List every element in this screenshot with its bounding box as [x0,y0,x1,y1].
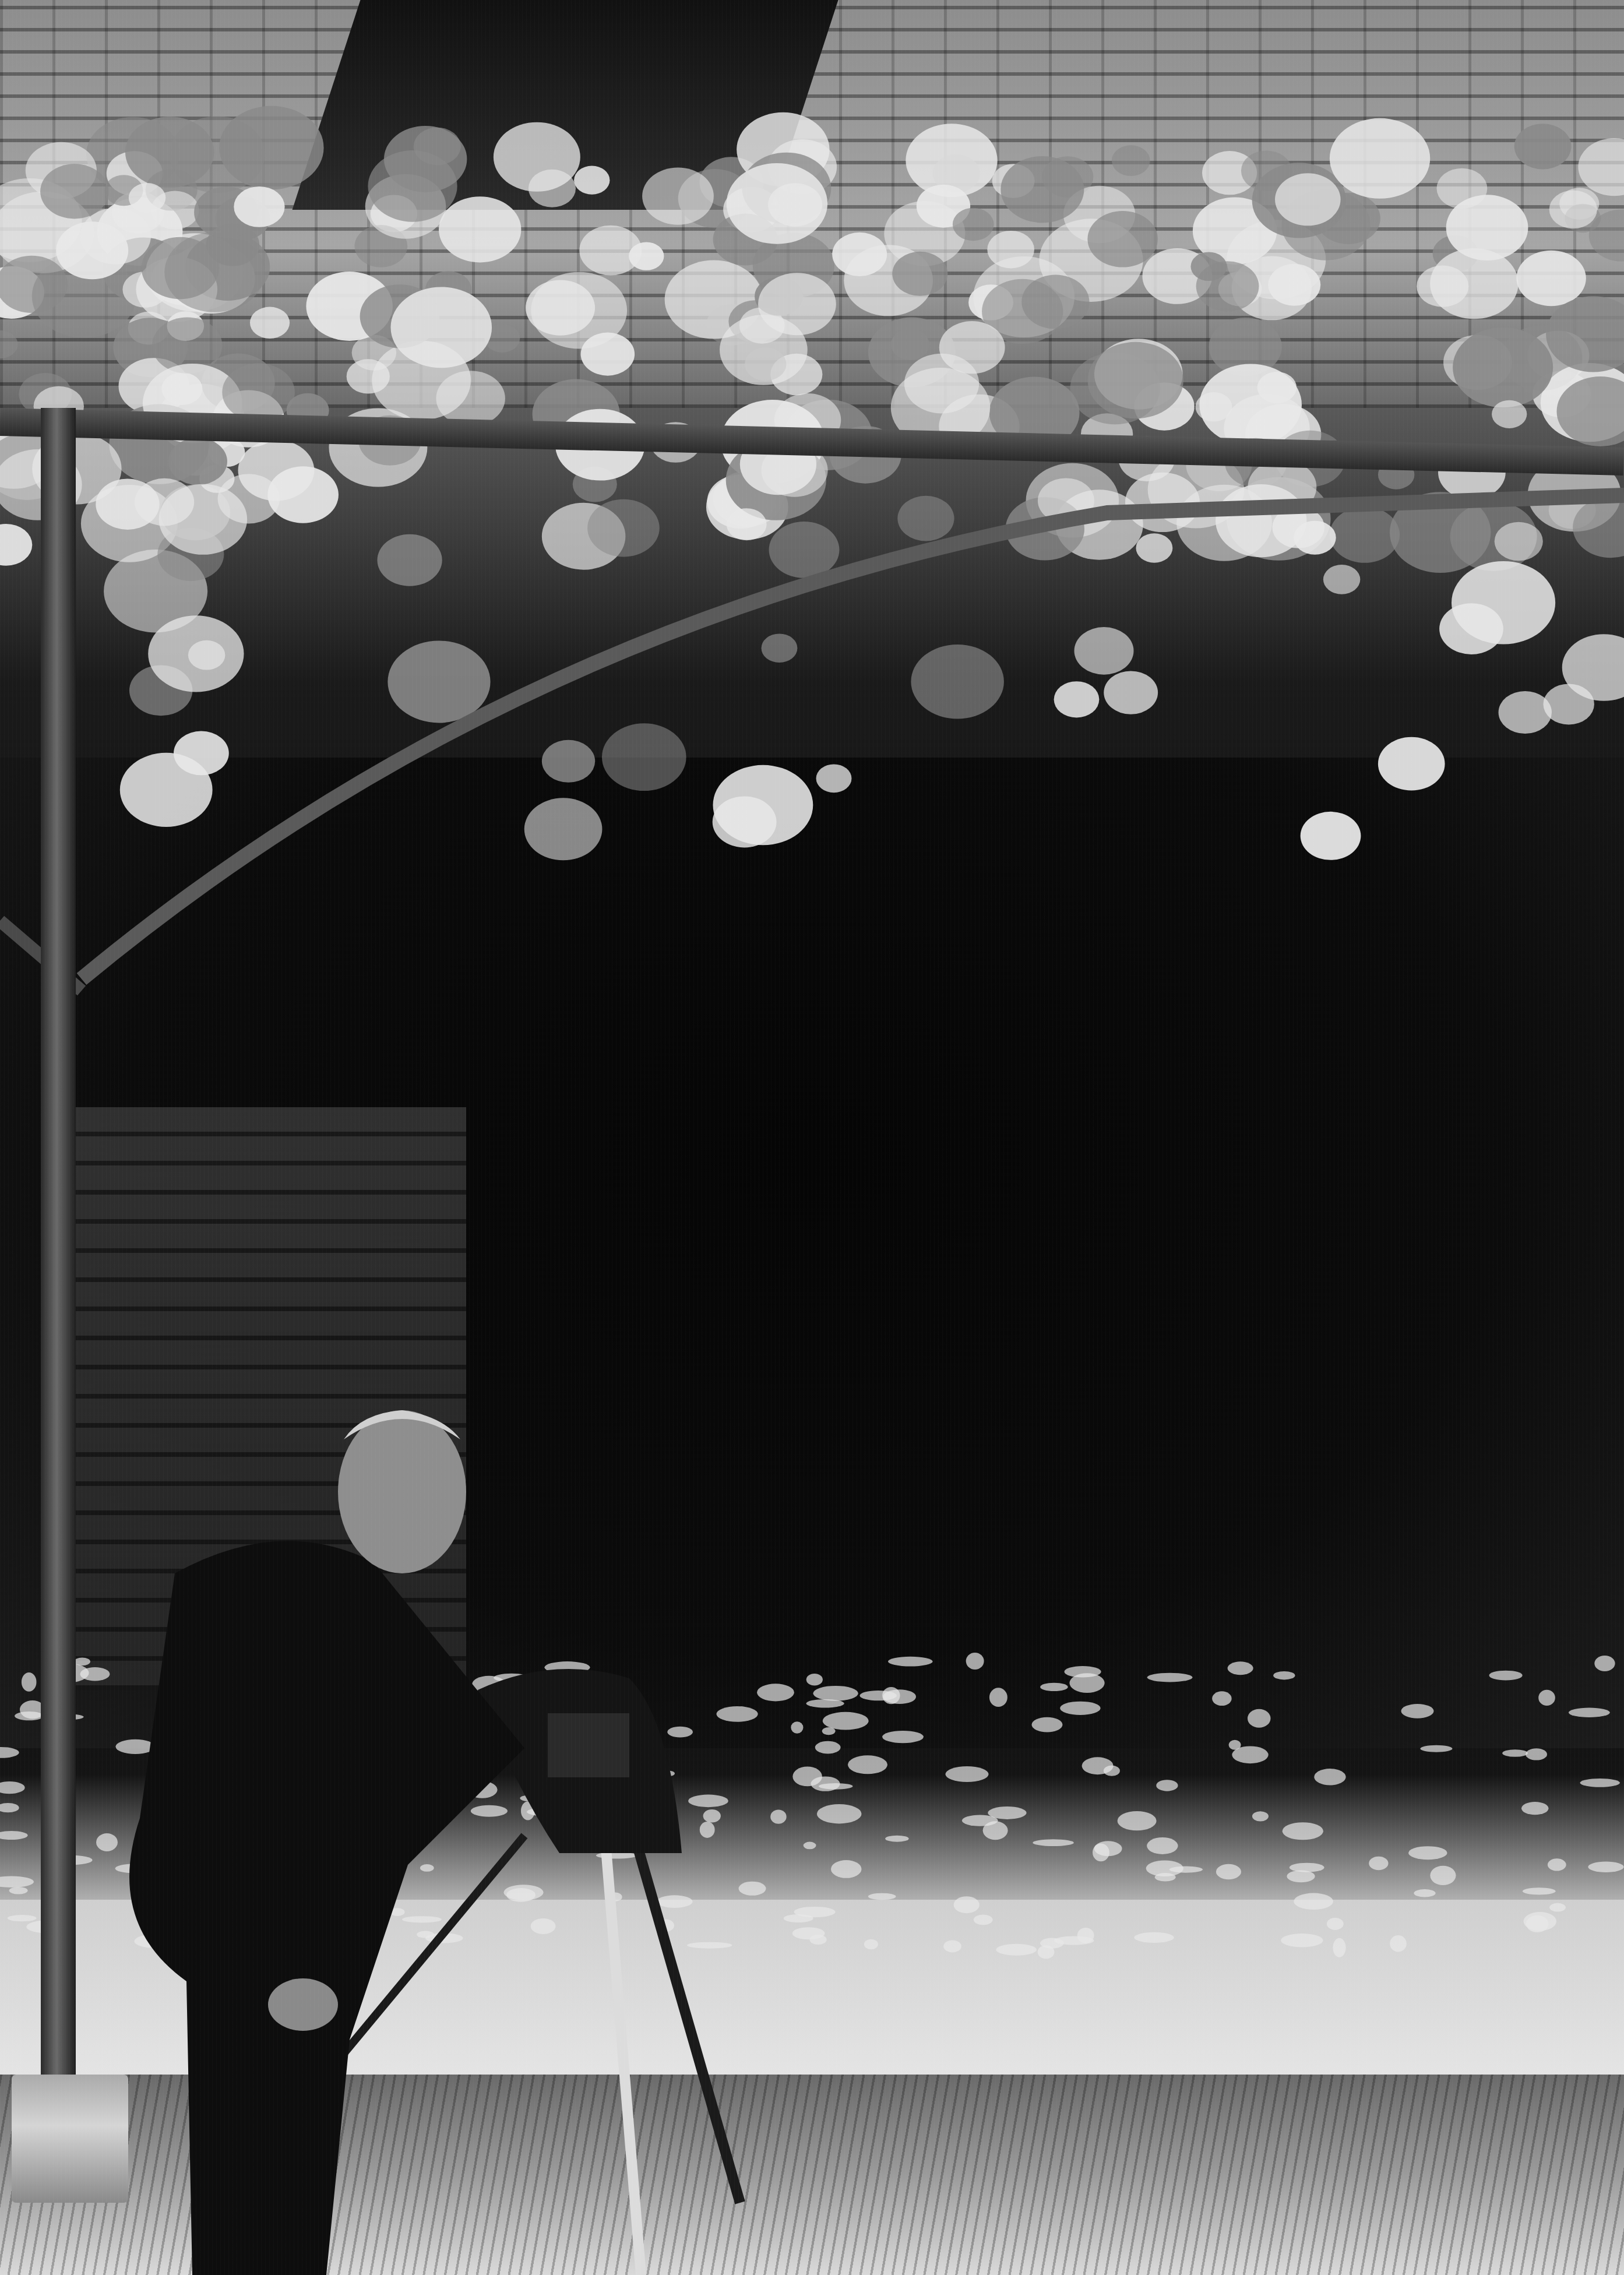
pergola-brace [82,495,1624,979]
scene-shapes [0,0,1624,2275]
grapevine-leaves [0,106,1624,861]
pergola-post [41,408,76,2098]
photographer [129,1410,524,2275]
photograph [0,0,1624,2275]
pergola-post-base [12,2075,128,2203]
